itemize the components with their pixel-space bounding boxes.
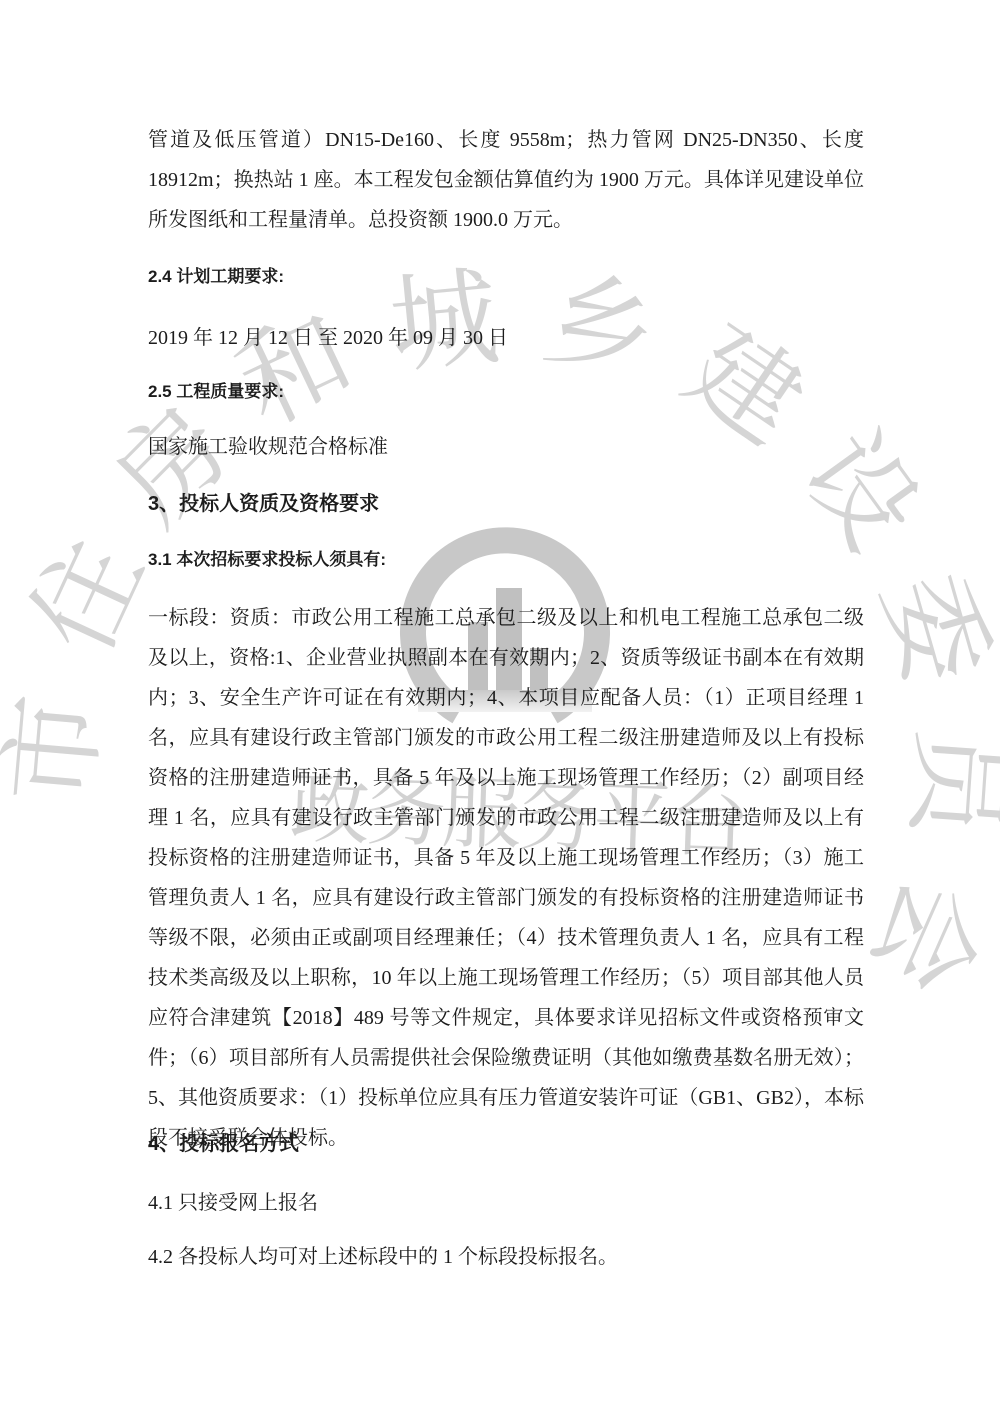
paragraph-duration-dates: 2019 年 12 月 12 日 至 2020 年 09 月 30 日 <box>148 318 864 358</box>
heading-2-5-quality: 2.5 工程质量要求: <box>148 381 864 403</box>
document-page: 市住房和城乡建设委员会 政务服务平台 管道及低压管道）DN15-De160、长度… <box>0 0 1000 1413</box>
paragraph-4-1-online-only: 4.1 只接受网上报名 <box>148 1183 864 1223</box>
paragraph-4-2-one-section: 4.2 各投标人均可对上述标段中的 1 个标段投标报名。 <box>148 1237 864 1277</box>
heading-2-4-schedule: 2.4 计划工期要求: <box>148 266 864 288</box>
heading-3-1-requirements: 3.1 本次招标要求投标人须具有: <box>148 549 864 571</box>
paragraph-quality-standard: 国家施工验收规范合格标准 <box>148 427 864 467</box>
paragraph-qualification-details: 一标段：资质：市政公用工程施工总承包二级及以上和机电工程施工总承包二级及以上，资… <box>148 598 864 1158</box>
heading-4-registration-method: 4、投标报名方式 <box>148 1131 864 1157</box>
paragraph-project-scope: 管道及低压管道）DN15-De160、长度 9558m；热力管网 DN25-DN… <box>148 120 864 240</box>
heading-3-bidder-qualification: 3、投标人资质及资格要求 <box>148 491 864 517</box>
